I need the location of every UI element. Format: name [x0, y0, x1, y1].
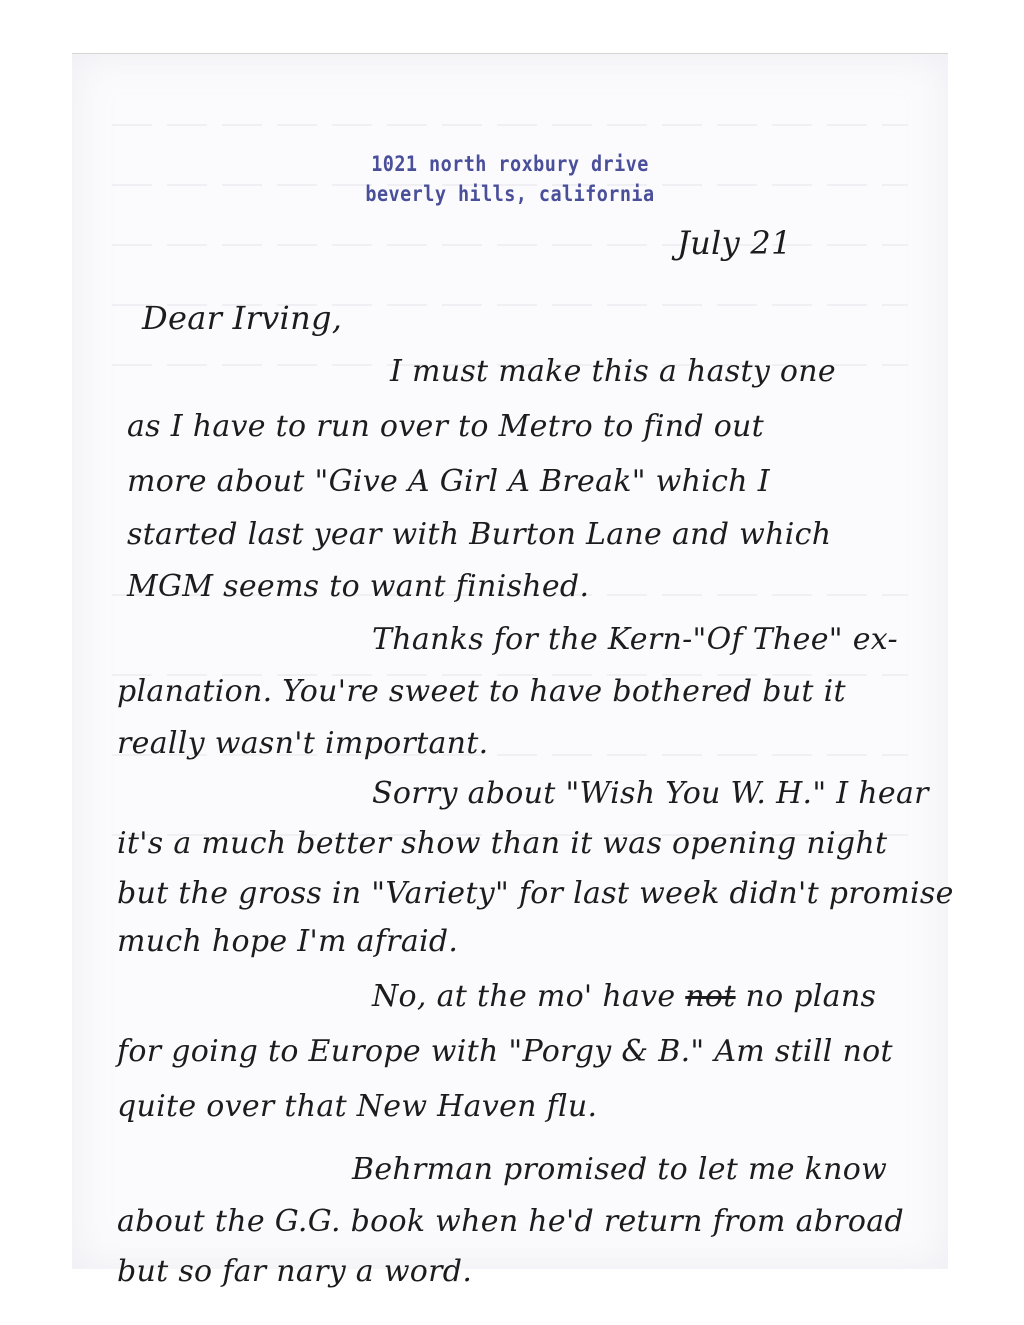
letter-line: quite over that New Haven flu.	[117, 1089, 597, 1124]
letter-salutation: Dear Irving,	[142, 299, 342, 337]
letter-line: planation. You're sweet to have bothered…	[117, 674, 846, 709]
letter-line: about the G.G. book when he'd return fro…	[117, 1204, 904, 1239]
letter-line: it's a much better show than it was open…	[117, 826, 887, 861]
letter-date: July 21	[677, 224, 792, 262]
struck-word: not	[685, 979, 735, 1014]
letter-line-with-strike: No, at the mo' have not no plans	[372, 979, 876, 1014]
show-through-line	[112, 124, 908, 126]
letter-line: Thanks for the Kern-"Of Thee" ex-	[372, 622, 898, 657]
letter-line-end: no plans	[745, 979, 876, 1014]
letterhead-street: 1021 north roxbury drive	[125, 149, 896, 179]
letter-line: MGM seems to want finished.	[127, 569, 589, 604]
letter-line: as I have to run over to Metro to find o…	[127, 409, 764, 444]
letter-page: 1021 north roxbury drive beverly hills, …	[72, 53, 948, 1269]
letter-line: Behrman promised to let me know	[352, 1152, 887, 1187]
letterhead-city: beverly hills, california	[125, 179, 896, 209]
letter-line: I must make this a hasty one	[390, 354, 836, 389]
letter-line-start: No, at the mo' have	[372, 979, 675, 1014]
letter-line: started last year with Burton Lane and w…	[127, 517, 831, 552]
letter-line: but the gross in "Variety" for last week…	[117, 876, 954, 911]
letter-line: but so far nary a word.	[117, 1254, 472, 1289]
letter-line: more about "Give A Girl A Break" which I	[127, 464, 770, 499]
letter-line: for going to Europe with "Porgy & B." Am…	[117, 1034, 893, 1069]
letterhead: 1021 north roxbury drive beverly hills, …	[125, 149, 896, 209]
letter-line: much hope I'm afraid.	[117, 924, 458, 959]
letter-line: really wasn't important.	[117, 726, 488, 761]
letter-line: Sorry about "Wish You W. H." I hear	[372, 776, 929, 811]
